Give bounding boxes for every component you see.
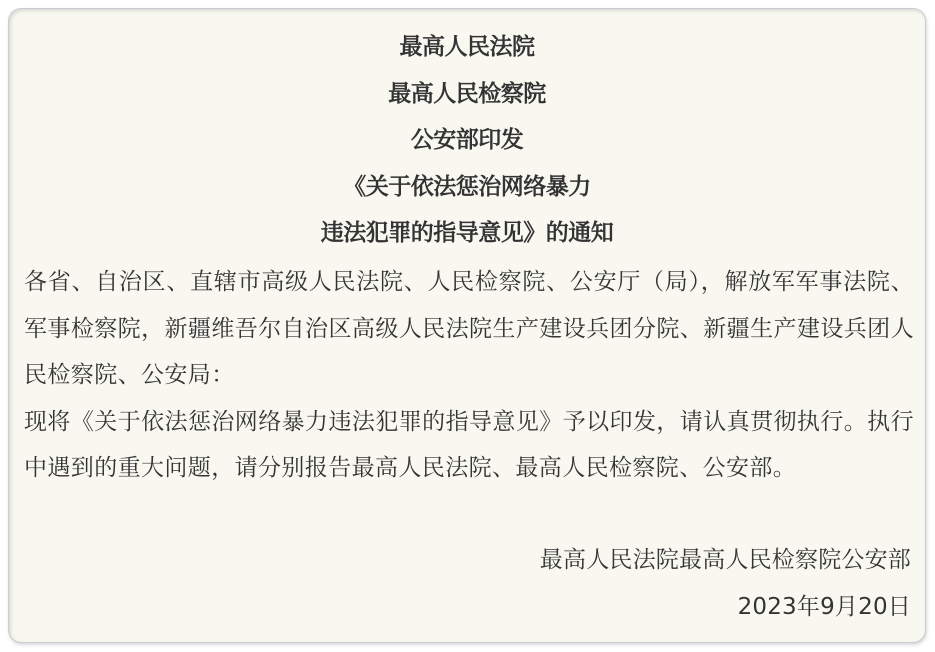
- title-line-issuer-police: 公安部印发: [9, 119, 925, 166]
- notice-card: 最高人民法院 最高人民检察院 公安部印发 《关于依法惩治网络暴力 违法犯罪的指导…: [9, 9, 925, 642]
- signature-issuers: 最高人民法院最高人民检察院公安部: [540, 537, 911, 584]
- notice-body: 各省、自治区、直辖市高级人民法院、人民检察院、公安厅（局），解放军军事法院、军事…: [24, 259, 914, 492]
- addressees-paragraph: 各省、自治区、直辖市高级人民法院、人民检察院、公安厅（局），解放军军事法院、军事…: [24, 259, 914, 399]
- title-line-document-name-2: 违法犯罪的指导意见》的通知: [9, 212, 925, 259]
- title-line-issuer-procuratorate: 最高人民检察院: [9, 73, 925, 120]
- signature-date: 2023年9月20日: [540, 584, 911, 631]
- title-line-issuer-court: 最高人民法院: [9, 26, 925, 73]
- notice-title: 最高人民法院 最高人民检察院 公安部印发 《关于依法惩治网络暴力 违法犯罪的指导…: [9, 26, 925, 259]
- signature-block: 最高人民法院最高人民检察院公安部 2023年9月20日: [540, 537, 911, 630]
- title-line-document-name-1: 《关于依法惩治网络暴力: [9, 166, 925, 213]
- body-paragraph: 现将《关于依法惩治网络暴力违法犯罪的指导意见》予以印发，请认真贯彻执行。执行中遇…: [24, 399, 914, 492]
